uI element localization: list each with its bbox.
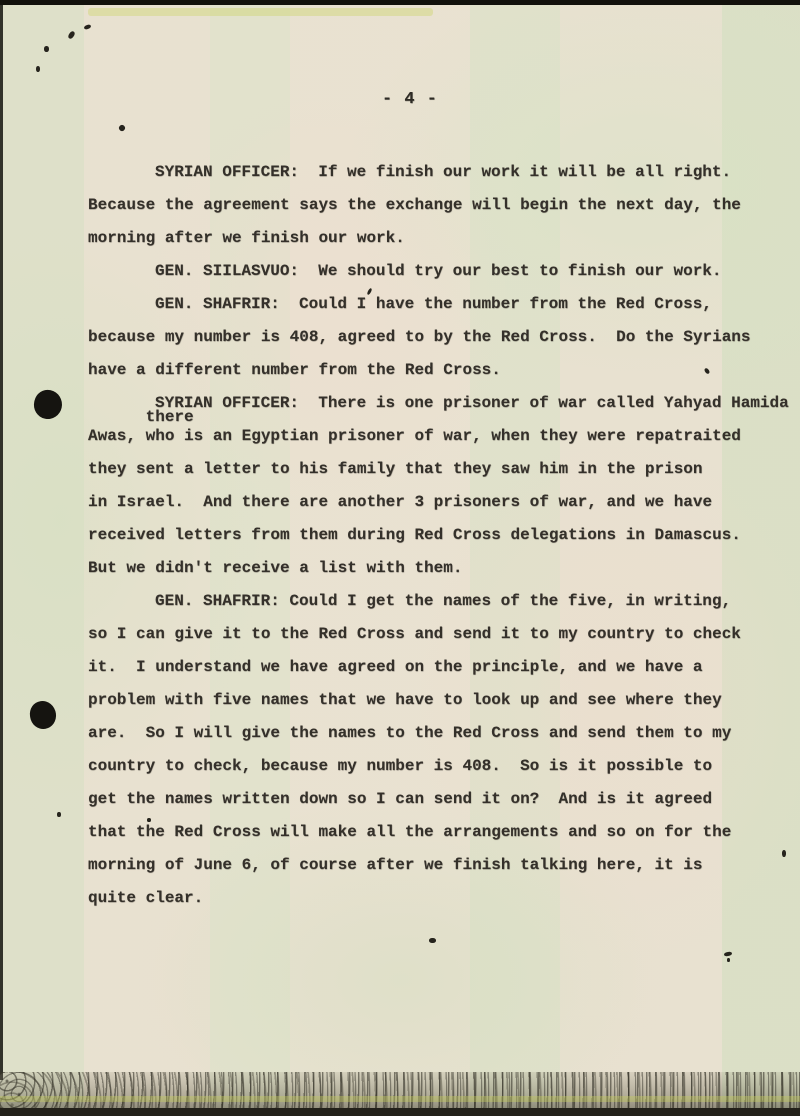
ink-speck [782, 850, 786, 857]
text-line: so I can give it to the Red Cross and se… [88, 618, 794, 651]
typed-insertion-above: there [146, 401, 194, 434]
scan-edge-bottom [0, 1108, 800, 1116]
page-number: - 4 - [0, 90, 800, 110]
scan-artifact-strip-bottom [0, 1096, 800, 1102]
scan-edge-left [0, 0, 3, 1080]
ink-speck [724, 951, 733, 957]
ink-speck [67, 30, 76, 39]
text-line: But we didn't receive a list with them. [88, 552, 794, 585]
scan-artifact-strip [88, 8, 433, 16]
ink-speck [57, 812, 61, 817]
text-line: it. I understand we have agreed on the p… [88, 651, 794, 684]
ink-speck [147, 818, 151, 822]
text-line: they sent a letter to his family that th… [88, 453, 794, 486]
text-line: morning after we finish our work. [88, 222, 794, 255]
ink-speck [429, 938, 436, 943]
scanned-page: - 4 - SYRIAN OFFICER: If we finish our w… [0, 0, 800, 1116]
text-line: country to check, because my number is 4… [88, 750, 794, 783]
text-line: in Israel. And there are another 3 priso… [88, 486, 794, 519]
text-line: quite clear. [88, 882, 794, 915]
text-line: Awas, who isthere an Egyptian prisoner o… [88, 420, 794, 453]
overtyped-text: who isthere [146, 420, 204, 453]
text-line: morning of June 6, of course after we fi… [88, 849, 794, 882]
ink-speck [727, 958, 730, 962]
text-line: get the names written down so I can send… [88, 783, 794, 816]
hole-punch-mark [31, 387, 64, 421]
scan-edge-top [0, 0, 800, 5]
ink-speck [84, 24, 92, 30]
text-line: received letters from them during Red Cr… [88, 519, 794, 552]
text-line: GEN. SIILASVUO: We should try our best t… [88, 255, 794, 288]
text-line: have a different number from the Red Cro… [88, 354, 794, 387]
text-line: problem with five names that we have to … [88, 684, 794, 717]
text-line: that the Red Cross will make all the arr… [88, 816, 794, 849]
text-line: SYRIAN OFFICER: If we finish our work it… [88, 156, 794, 189]
hole-punch-mark [28, 699, 58, 730]
text-segment: Awas, [88, 427, 146, 445]
text-line: Because the agreement says the exchange … [88, 189, 794, 222]
ink-speck [36, 66, 40, 72]
text-line: GEN. SHAFRIR: Could I get the names of t… [88, 585, 794, 618]
text-segment: an Egyptian prisoner of war, when they w… [203, 427, 741, 445]
text-line: are. So I will give the names to the Red… [88, 717, 794, 750]
ink-speck [118, 124, 126, 132]
text-line: because my number is 408, agreed to by t… [88, 321, 794, 354]
text-line: GEN. SHAFRIR: Could I have the number fr… [88, 288, 794, 321]
document-text: SYRIAN OFFICER: If we finish our work it… [88, 156, 794, 915]
ink-speck [44, 46, 49, 52]
